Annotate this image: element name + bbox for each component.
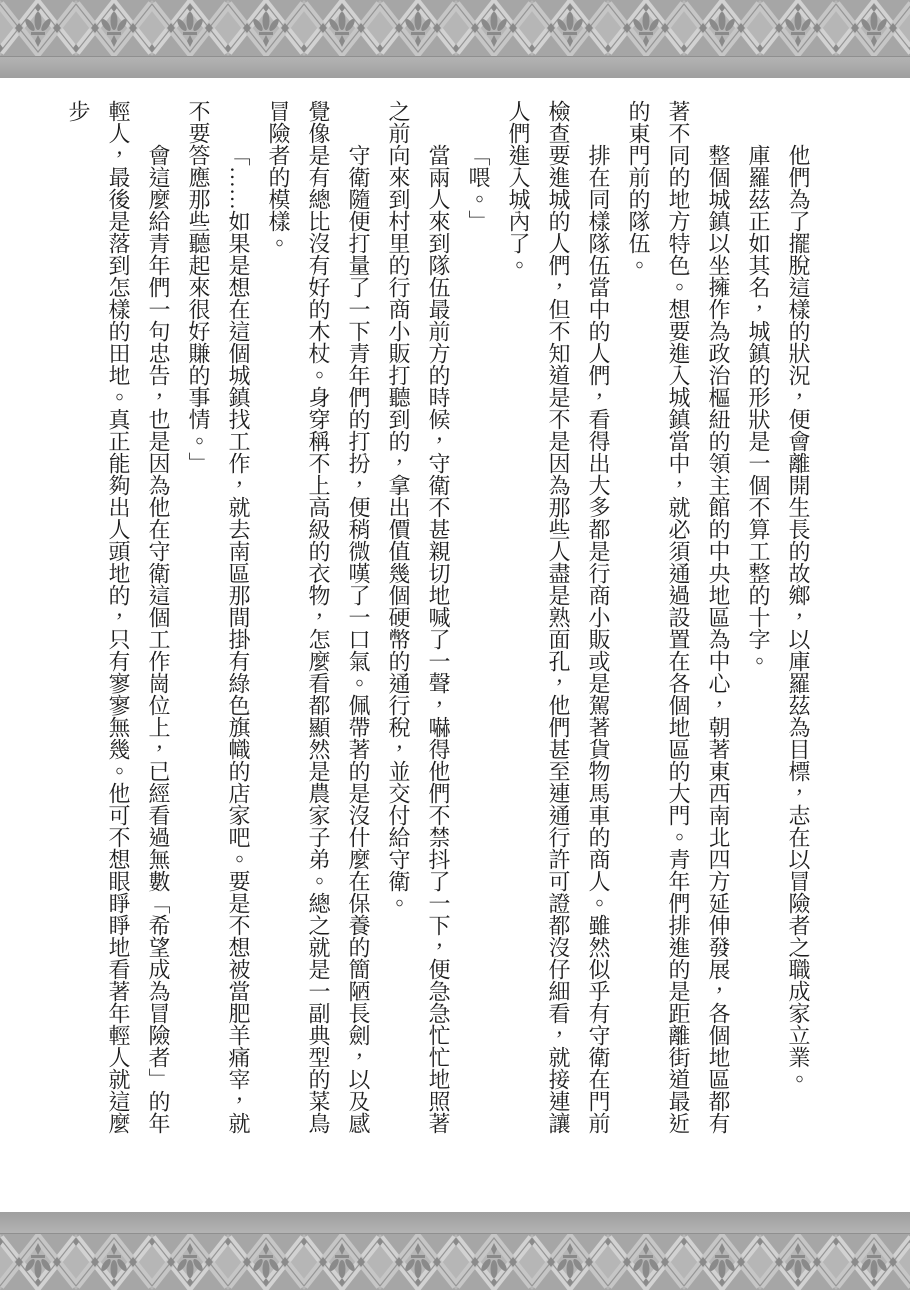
fleur-de-lis-pattern-icon	[0, 1234, 910, 1290]
border-bar-top	[0, 56, 910, 78]
vertical-text-block: 他們為了擺脫這樣的狀況，便會離開生長的故鄉，以庫羅茲為目標，志在以冒險者之職成家…	[58, 100, 818, 1142]
border-bar-bottom	[0, 1212, 910, 1234]
fleur-de-lis-pattern-icon	[0, 0, 910, 56]
ornament-border-bottom	[0, 1212, 910, 1290]
paragraph: 排在同樣隊伍當中的人們，看得出大多都是行商小販或是駕著貨物馬車的商人。雖然似乎有…	[498, 100, 618, 1142]
paragraph: 他們為了擺脫這樣的狀況，便會離開生長的故鄉，以庫羅茲為目標，志在以冒險者之職成家…	[778, 100, 818, 1142]
paragraph: 當兩人來到隊伍最前方的時候，守衛不甚親切地喊了一聲，嚇得他們不禁抖了一下，便急急…	[378, 100, 458, 1142]
book-page: 他們為了擺脫這樣的狀況，便會離開生長的故鄉，以庫羅茲為目標，志在以冒險者之職成家…	[0, 0, 910, 1290]
paragraph: 守衛隨便打量了一下青年們的打扮，便稍微嘆了一口氣。佩帶著的是沒什麼在保養的簡陋長…	[258, 100, 378, 1142]
paragraph: 「……如果是想在這個城鎮找工作，就去南區那間掛有綠色旗幟的店家吧。要是不想被當肥…	[178, 100, 258, 1142]
paragraph: 「喂。」	[458, 100, 498, 1142]
paragraph: 庫羅茲正如其名，城鎮的形狀是一個不算工整的十字。	[738, 100, 778, 1142]
paragraph: 整個城鎮以坐擁作為政治樞紐的領主館的中央地區為中心，朝著東西南北四方延伸發展，各…	[618, 100, 738, 1142]
ornament-border-top	[0, 0, 910, 78]
paragraph: 會這麼給青年們一句忠告，也是因為他在守衛這個工作崗位上，已經看過無數「希望成為冒…	[58, 100, 178, 1142]
